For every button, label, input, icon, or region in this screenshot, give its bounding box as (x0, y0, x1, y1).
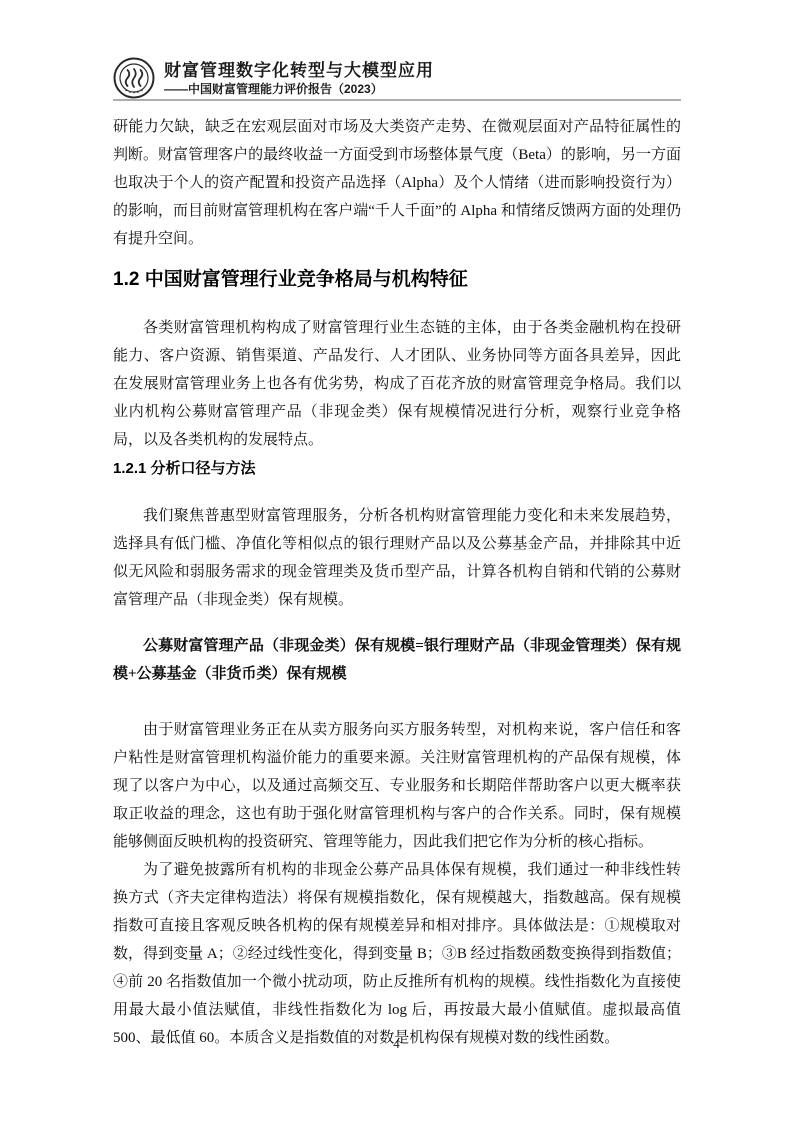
paragraph-analysis-scope: 我们聚焦普惠型财富管理服务，分析各机构财富管理能力变化和未来发展趋势，选择具有低… (113, 502, 681, 614)
paragraph-continued-from-previous-page: 研能力欠缺，缺乏在宏观层面对市场及大类资产走势、在微观层面对产品特征属性的判断。… (113, 113, 681, 253)
paragraph-industry-competition: 各类财富管理机构构成了财富管理行业生态链的主体，由于各类金融机构在投研能力、客户… (113, 314, 681, 454)
organization-seal-icon (113, 57, 155, 99)
subsection-heading-1-2-1: 1.2.1 分析口径与方法 (113, 459, 681, 479)
page-content: 财富管理数字化转型与大模型应用 ——中国财富管理能力评价报告（2023） 研能力… (113, 0, 681, 1052)
header-text-block: 财富管理数字化转型与大模型应用 ——中国财富管理能力评价报告（2023） (164, 60, 434, 97)
paragraph-indexation-method: 为了避免披露所有机构的非现金公募产品具体保有规模，我们通过一种非线性转换方式（齐… (113, 856, 681, 1052)
section-heading-1-2: 1.2 中国财富管理行业竞争格局与机构特征 (113, 267, 681, 293)
report-title: 财富管理数字化转型与大模型应用 (164, 60, 434, 81)
paragraph-holding-scale-rationale: 由于财富管理业务正在从卖方服务向买方服务转型，对机构来说，客户信任和客户粘性是财… (113, 716, 681, 856)
report-subtitle: ——中国财富管理能力评价报告（2023） (164, 81, 434, 97)
page-number: 4 (0, 1036, 793, 1052)
page-header: 财富管理数字化转型与大模型应用 ——中国财富管理能力评价报告（2023） (113, 57, 681, 101)
formula-holding-scale-definition: 公募财富管理产品（非现金类）保有规模=银行理财产品（非现金管理类）保有规模+公募… (113, 632, 681, 688)
document-page: 财富管理数字化转型与大模型应用 ——中国财富管理能力评价报告（2023） 研能力… (0, 0, 793, 1122)
